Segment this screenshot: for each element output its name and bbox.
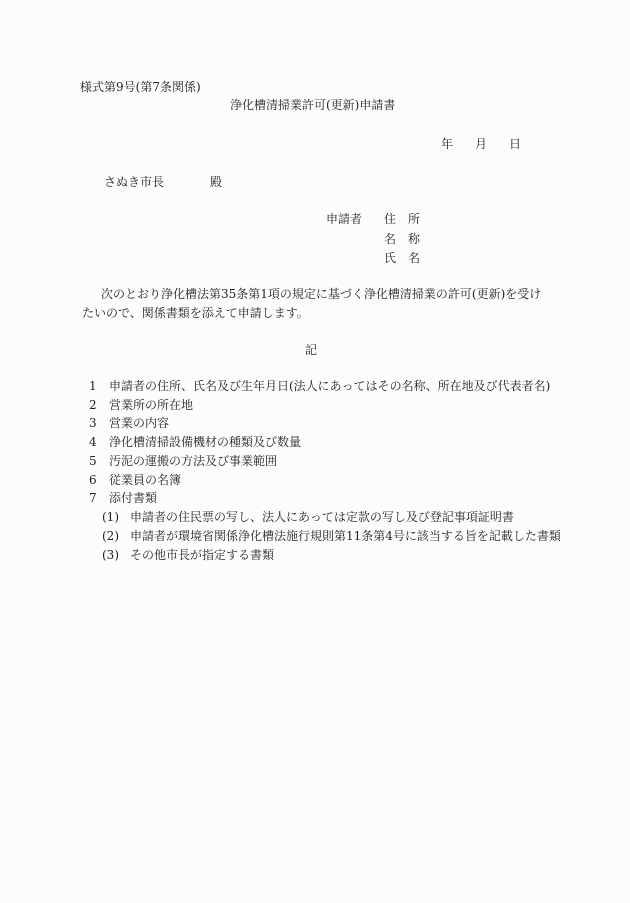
addressee-honorific: 殿 xyxy=(210,175,222,189)
applicant-label: 申請者 xyxy=(326,211,362,227)
item-text: 添付書類 xyxy=(109,491,157,505)
attachment-number: (3) xyxy=(102,547,130,563)
item-number: 6 xyxy=(89,472,109,488)
attachment-text: 申請者の住民票の写し、法人にあっては定款の写し及び登記事項証明書 xyxy=(130,510,514,524)
addressee: さぬき市長殿 xyxy=(104,174,222,190)
field-char: 名 xyxy=(408,251,420,265)
list-item: 2営業所の所在地 xyxy=(89,397,193,413)
field-char: 住 xyxy=(384,211,408,227)
list-item: 5汚泥の運搬の方法及び事業範囲 xyxy=(89,453,277,469)
item-text: 汚泥の運搬の方法及び事業範囲 xyxy=(109,454,277,468)
date-month: 月 xyxy=(475,136,487,152)
list-item: 4浄化槽清掃設備機材の種類及び数量 xyxy=(89,434,301,450)
attachment-number: (2) xyxy=(102,528,130,544)
document-title: 浄化槽清掃業許可(更新)申請書 xyxy=(230,97,395,113)
item-number: 4 xyxy=(89,434,109,450)
item-text: 申請者の住所、氏名及び生年月日(法人にあってはその名称、所在地及び代表者名) xyxy=(109,379,550,393)
item-text: 従業員の名簿 xyxy=(109,473,181,487)
field-char: 称 xyxy=(408,232,420,246)
field-char: 所 xyxy=(408,212,420,226)
item-number: 2 xyxy=(89,397,109,413)
list-item: 6従業員の名簿 xyxy=(89,472,181,488)
form-number: 様式第9号(第7条関係) xyxy=(80,79,201,95)
date-line: 年月日 xyxy=(441,136,521,152)
item-number: 5 xyxy=(89,453,109,469)
field-address: 住所 xyxy=(384,211,420,227)
body-paragraph: 次のとおり浄化槽法第35条第1項の規定に基づく浄化槽清掃業の許可(更新)を受けた… xyxy=(82,285,552,323)
list-item: 3営業の内容 xyxy=(89,415,169,431)
item-number: 7 xyxy=(89,490,109,506)
field-char: 氏 xyxy=(384,250,408,266)
attachment-number: (1) xyxy=(102,509,130,525)
field-company-name: 名称 xyxy=(384,231,420,247)
ki-heading: 記 xyxy=(305,342,317,358)
attachment-item: (2)申請者が環境省関係浄化槽法施行規則第11条第4号に該当する旨を記載した書類 xyxy=(102,528,561,544)
list-item: 7添付書類 xyxy=(89,490,157,506)
addressee-name: さぬき市長 xyxy=(104,175,164,189)
item-text: 浄化槽清掃設備機材の種類及び数量 xyxy=(109,435,301,449)
date-year: 年 xyxy=(441,136,453,152)
item-number: 1 xyxy=(89,378,109,394)
attachment-item: (1)申請者の住民票の写し、法人にあっては定款の写し及び登記事項証明書 xyxy=(102,509,514,525)
field-char: 名 xyxy=(384,231,408,247)
attachment-text: その他市長が指定する書類 xyxy=(130,548,274,562)
attachment-item: (3)その他市長が指定する書類 xyxy=(102,547,274,563)
item-text: 営業所の所在地 xyxy=(109,398,193,412)
attachment-text: 申請者が環境省関係浄化槽法施行規則第11条第4号に該当する旨を記載した書類 xyxy=(130,529,561,543)
list-item: 1申請者の住所、氏名及び生年月日(法人にあってはその名称、所在地及び代表者名) xyxy=(89,378,550,394)
item-text: 営業の内容 xyxy=(109,416,169,430)
date-day: 日 xyxy=(509,136,521,152)
field-person-name: 氏名 xyxy=(384,250,420,266)
item-number: 3 xyxy=(89,415,109,431)
